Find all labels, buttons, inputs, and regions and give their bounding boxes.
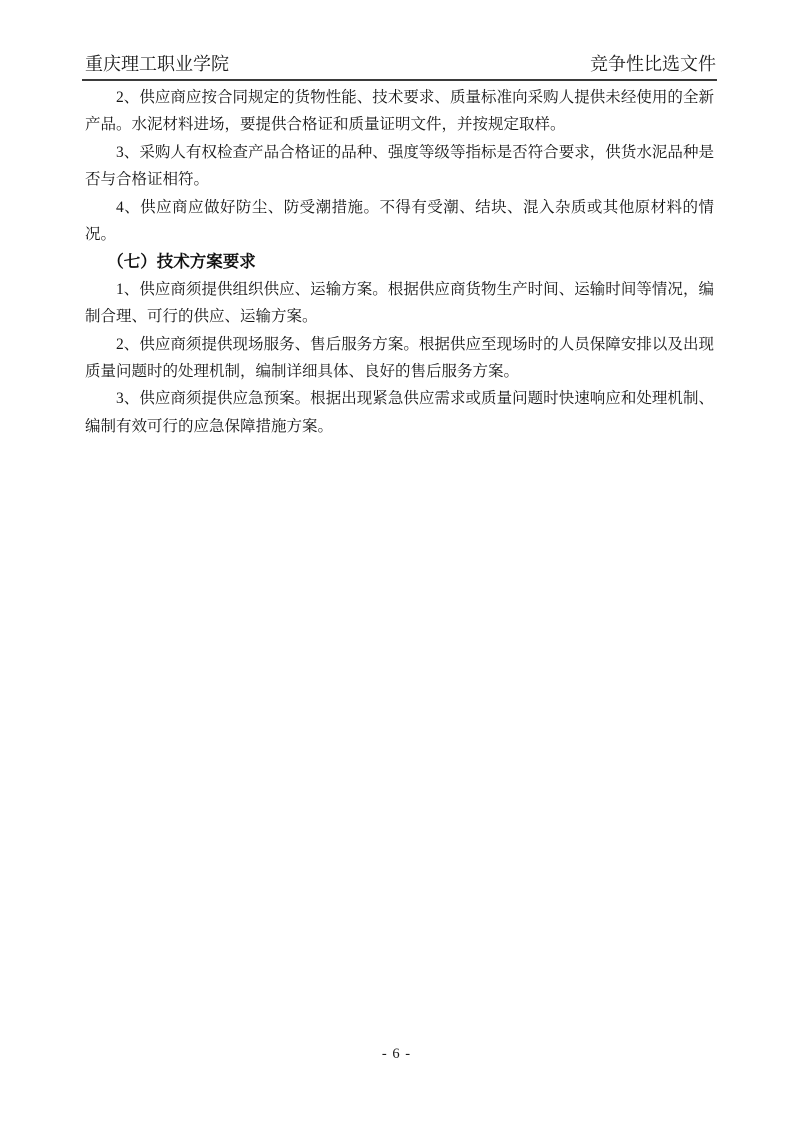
header-organization: 重庆理工职业学院 — [82, 52, 229, 77]
page-number: - 6 - — [382, 1046, 411, 1062]
body-paragraph: 3、采购人有权检查产品合格证的品种、强度等级等指标是否符合要求，供货水泥品种是否… — [85, 139, 714, 194]
document-page: 重庆理工职业学院 竞争性比选文件 2、供应商应按合同规定的货物性能、技术要求、质… — [0, 0, 793, 1122]
page-footer: - 6 - — [0, 1045, 793, 1063]
section-heading: （七）技术方案要求 — [85, 248, 714, 275]
body-paragraph: 2、供应商应按合同规定的货物性能、技术要求、质量标准向采购人提供未经使用的全新产… — [85, 84, 714, 139]
body-paragraph: 3、供应商须提供应急预案。根据出现紧急供应需求或质量问题时快速响应和处理机制、编… — [85, 385, 714, 440]
page-header: 重庆理工职业学院 竞争性比选文件 — [82, 52, 717, 81]
body-paragraph: 1、供应商须提供组织供应、运输方案。根据供应商货物生产时间、运输时间等情况，编制… — [85, 276, 714, 331]
header-document-type: 竞争性比选文件 — [590, 52, 717, 77]
body-paragraph: 2、供应商须提供现场服务、售后服务方案。根据供应至现场时的人员保障安排以及出现质… — [85, 331, 714, 386]
document-body: 2、供应商应按合同规定的货物性能、技术要求、质量标准向采购人提供未经使用的全新产… — [85, 84, 714, 440]
body-paragraph: 4、供应商应做好防尘、防受潮措施。不得有受潮、结块、混入杂质或其他原材料的情况。 — [85, 194, 714, 249]
